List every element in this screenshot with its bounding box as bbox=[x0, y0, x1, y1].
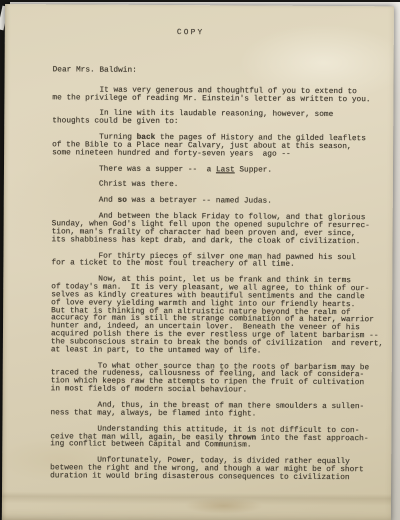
line-christ: Christ was there. bbox=[52, 182, 389, 192]
paragraph-unfortunately: Unfortunately, Power, today, is divided … bbox=[50, 458, 387, 484]
letter-content: COPY Dear Mrs. Baldwin: It was very gene… bbox=[50, 29, 390, 491]
paragraph-roots-of-barbarism: To what other source than to the roots o… bbox=[51, 363, 388, 396]
paragraph-laudable: In line with its laudable reasoning, how… bbox=[52, 111, 389, 129]
text-segment-bold: so bbox=[117, 197, 126, 205]
paragraph-understanding: Understanding this attitude, it is not d… bbox=[50, 426, 387, 452]
text-line: for a ticket to the most foul treachery … bbox=[51, 261, 388, 271]
text-segment: Supper. bbox=[235, 166, 272, 174]
text-segment: And bbox=[99, 197, 118, 205]
paragraph-thirty-pieces: For thirty pieces of silver one man had … bbox=[51, 253, 388, 271]
text-segment: was a betrayer -- named Judas. bbox=[127, 197, 272, 206]
paragraph-privilege: It was very generous and thoughtful of y… bbox=[52, 87, 389, 105]
line-betrayer: And so was a betrayer -- named Judas. bbox=[52, 198, 389, 208]
text-segment: There was a supper -- a bbox=[99, 165, 216, 174]
text-segment-bold: back bbox=[137, 134, 156, 142]
text-line: Christ was there. bbox=[52, 182, 389, 192]
letter-page: COPY Dear Mrs. Baldwin: It was very gene… bbox=[2, 4, 394, 520]
paragraph-black-friday: And between the black Friday to follow, … bbox=[52, 213, 389, 246]
text-line: thoughts could be given to: bbox=[52, 119, 389, 129]
text-line: duration it would bring disasterous cons… bbox=[50, 473, 387, 483]
paragraph-smoulders: And, thus, in the breast of man there sm… bbox=[50, 402, 387, 420]
salutation-line: Dear Mrs. Baldwin: bbox=[53, 67, 390, 77]
text-line: There was a supper -- a Last Supper. bbox=[52, 166, 389, 176]
line-last-supper: There was a supper -- a Last Supper. bbox=[52, 166, 389, 176]
paragraph-turning-back: Turning back the pages of History and th… bbox=[52, 134, 389, 160]
text-segment-underlined: Last bbox=[216, 166, 235, 174]
text-line: ing conflict between Capital and Communi… bbox=[50, 442, 387, 452]
text-line: its shabbiness has kept drab, and dark, … bbox=[52, 237, 389, 247]
paragraph-todays-man: Now, at this point, let us be frank and … bbox=[51, 276, 388, 356]
text-segment: into the fast approach- bbox=[256, 434, 368, 443]
copy-label: COPY bbox=[177, 30, 390, 39]
text-line: me the privilege of reading Mr. Einstein… bbox=[52, 95, 389, 105]
text-line: And so was a betrayer -- named Judas. bbox=[52, 198, 389, 208]
